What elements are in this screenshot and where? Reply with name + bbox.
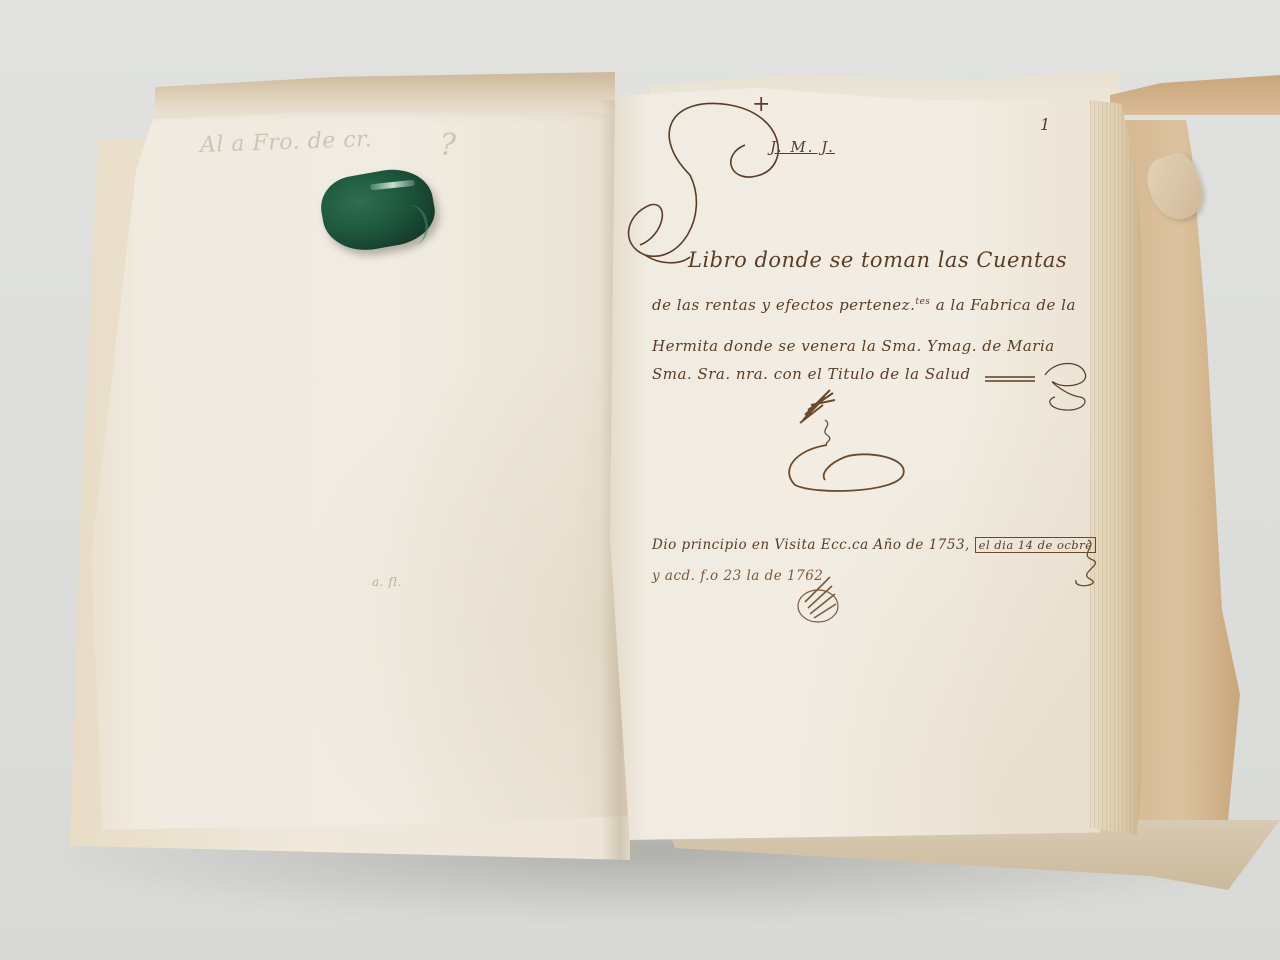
title-line-2-main: de las rentas y efectos pertenez. <box>652 296 915 314</box>
rubric-flourish-icon <box>985 355 1095 415</box>
title-line-1: Libro donde se toman las Cuentas <box>688 248 1067 272</box>
page-fore-edge <box>1090 100 1142 835</box>
title-line-2: de las rentas y efectos pertenez.tes a l… <box>652 296 1076 314</box>
note-line-1: Dio principio en Visita Ecc.ca Año de 17… <box>652 537 1096 553</box>
note-line-1-text: Dio principio en Visita Ecc.ca Año de 17… <box>652 537 970 553</box>
folio-number: 1 <box>1040 115 1051 134</box>
ink-stain: a. fl. <box>372 575 402 589</box>
margin-rubric-icon <box>1068 535 1108 590</box>
title-line-4: Sma. Sra. nra. con el Titulo de la Salud <box>652 365 971 383</box>
title-line-2-tail: a la Fabrica de la <box>936 296 1076 314</box>
signature-flourish-e-icon <box>775 385 915 495</box>
faded-mark: ? <box>440 128 457 163</box>
title-line-3: Hermita donde se venera la Sma. Ymag. de… <box>652 337 1055 355</box>
title-line-2-sup: tes <box>915 297 930 307</box>
note-rubric-icon <box>790 572 850 632</box>
vellum-cover-top <box>1110 75 1280 115</box>
